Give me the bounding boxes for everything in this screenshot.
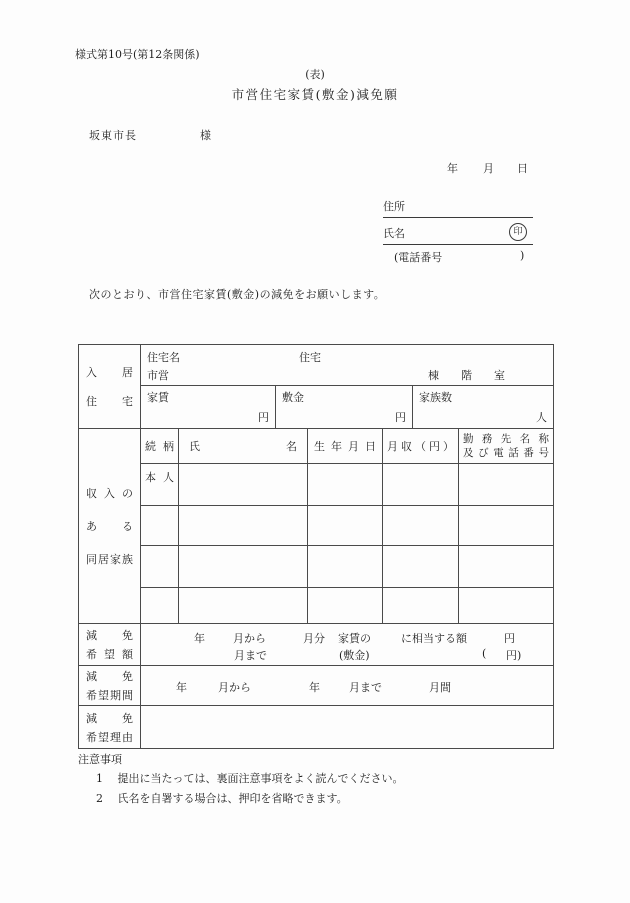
wp-year-to: 年 bbox=[309, 679, 320, 695]
seal-mark: 印 bbox=[513, 227, 522, 237]
rent-unit: 円 bbox=[147, 409, 269, 425]
col-header-relation: 続柄 bbox=[141, 429, 179, 464]
wp-duration: 月間 bbox=[429, 679, 451, 695]
notes-heading: 注意事項 bbox=[78, 751, 122, 767]
family-empty-cell bbox=[383, 588, 459, 624]
addressee: 坂東市長 bbox=[89, 127, 137, 143]
waiver-amount-content: 年 月から 月分 家賃の に相当する額 円 月まで (敷金) ( 円) bbox=[141, 624, 553, 666]
family-empty-cell bbox=[179, 506, 308, 546]
family-empty-cell bbox=[383, 464, 459, 506]
wp-year-from: 年 bbox=[176, 679, 187, 695]
waiver-amount-label: 減免 希望額 bbox=[79, 624, 141, 666]
addressee-honorific: 様 bbox=[200, 127, 211, 143]
family-empty-cell bbox=[141, 588, 179, 624]
application-table: 入居 住宅 住宅名 住宅 市営 棟 階 室 家賃 円 敷金 円 家族数 人 収入… bbox=[78, 344, 554, 749]
family-empty-cell bbox=[141, 546, 179, 588]
col-header-name: 氏名 bbox=[179, 429, 308, 464]
wa-month-to: 月まで bbox=[234, 647, 267, 663]
family-empty-cell bbox=[459, 464, 553, 506]
residence-section-label: 入居 住宅 bbox=[79, 345, 141, 429]
side-marker: (表) bbox=[8, 66, 622, 82]
family-count-cell: 家族数 人 bbox=[413, 386, 553, 429]
rent-label: 家賃 bbox=[147, 389, 269, 405]
family-empty-cell bbox=[459, 546, 553, 588]
rent-cell: 家賃 円 bbox=[141, 386, 276, 429]
family-empty-cell bbox=[308, 588, 383, 624]
deposit-label: 敷金 bbox=[282, 389, 406, 405]
note-2-text: 氏名を自署する場合は、押印を省略できます。 bbox=[118, 790, 348, 806]
family-empty-cell bbox=[383, 546, 459, 588]
wa-rent-of: 家賃の bbox=[338, 630, 371, 646]
wa-months: 月分 bbox=[303, 630, 325, 646]
housing-name-label: 住宅名 bbox=[147, 349, 180, 365]
phone-label: (電話番号 bbox=[394, 249, 442, 265]
date-month-label: 月 bbox=[483, 160, 494, 176]
wp-month-from: 月から bbox=[218, 679, 251, 695]
note-2-number: 2 bbox=[96, 792, 114, 805]
municipal-prefix-label: 市営 bbox=[147, 367, 169, 383]
col-header-employer: 勤務先名称 及び電話番号 bbox=[459, 429, 553, 464]
wa-year: 年 bbox=[194, 630, 205, 646]
note-1-text: 提出に当たっては、裏面注意事項をよく読んでください。 bbox=[118, 770, 404, 786]
address-label: 住所 bbox=[383, 200, 405, 213]
wa-yen-close: 円) bbox=[506, 647, 521, 663]
date-year-label: 年 bbox=[447, 160, 458, 176]
family-empty-cell bbox=[308, 464, 383, 506]
relation-self-cell: 本人 bbox=[141, 464, 179, 506]
waiver-reason-label: 減免 希望理由 bbox=[79, 706, 141, 748]
inkan-seal-icon: 印 bbox=[509, 223, 527, 241]
wa-yen: 円 bbox=[504, 630, 515, 646]
deposit-cell: 敷金 円 bbox=[276, 386, 413, 429]
family-empty-cell bbox=[308, 506, 383, 546]
family-empty-cell bbox=[179, 546, 308, 588]
family-empty-cell bbox=[179, 464, 308, 506]
wa-deposit: (敷金) bbox=[339, 647, 370, 663]
family-empty-cell bbox=[179, 588, 308, 624]
wp-month-to: 月まで bbox=[349, 679, 382, 695]
wa-equivalent: に相当する額 bbox=[401, 630, 467, 646]
intro-sentence: 次のとおり、市営住宅家賃(敷金)の減免をお願いします。 bbox=[89, 286, 385, 302]
building-floor-room-labels: 棟 階 室 bbox=[428, 367, 505, 383]
col-header-income: 月収（円） bbox=[383, 429, 459, 464]
family-count-unit: 人 bbox=[419, 409, 547, 425]
family-empty-cell bbox=[383, 506, 459, 546]
col-header-birthdate: 生年月日 bbox=[308, 429, 383, 464]
waiver-period-label: 減免 希望期間 bbox=[79, 666, 141, 706]
form-page: 様式第10号(第12条関係) (表) 市営住宅家賃(敷金)減免願 坂東市長 様 … bbox=[0, 0, 630, 903]
family-count-label: 家族数 bbox=[419, 389, 547, 405]
family-empty-cell bbox=[459, 588, 553, 624]
income-members-section-label: 収入の ある 同居家族 bbox=[79, 429, 141, 624]
form-number: 様式第10号(第12条関係) bbox=[75, 46, 200, 62]
family-empty-cell bbox=[141, 506, 179, 546]
family-empty-cell bbox=[308, 546, 383, 588]
date-day-label: 日 bbox=[517, 160, 528, 176]
address-field: 住所 bbox=[383, 198, 533, 218]
name-label: 氏名 bbox=[383, 227, 405, 240]
waiver-reason-content bbox=[141, 706, 553, 748]
wa-month-from: 月から bbox=[233, 630, 266, 646]
wa-open-paren: ( bbox=[482, 647, 486, 660]
housing-suffix-label: 住宅 bbox=[299, 349, 321, 365]
deposit-unit: 円 bbox=[282, 409, 406, 425]
note-1-number: 1 bbox=[96, 772, 114, 785]
phone-close-paren: ) bbox=[520, 249, 524, 262]
family-empty-cell bbox=[459, 506, 553, 546]
waiver-period-content: 年 月から 年 月まで 月間 bbox=[141, 666, 553, 706]
page-title: 市営住宅家賃(敷金)減免願 bbox=[8, 85, 622, 103]
note-item-1: 1 提出に当たっては、裏面注意事項をよく読んでください。 bbox=[96, 770, 404, 786]
note-item-2: 2 氏名を自署する場合は、押印を省略できます。 bbox=[96, 790, 348, 806]
housing-name-cell: 住宅名 住宅 市営 棟 階 室 bbox=[141, 345, 553, 386]
